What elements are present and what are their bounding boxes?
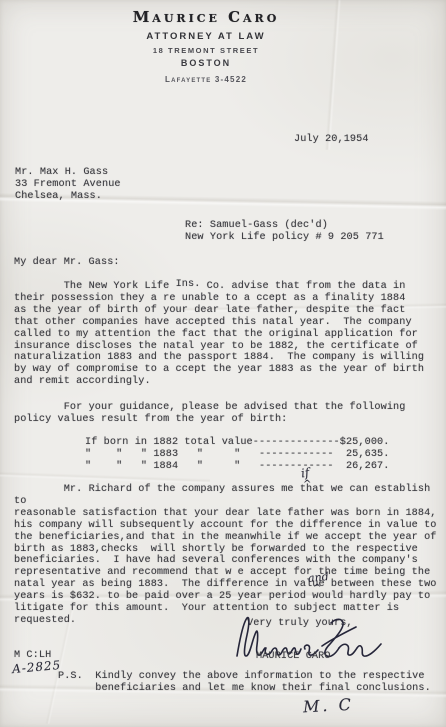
salutation: My dear Mr. Gass: — [14, 257, 120, 269]
letterhead-name: Maurice Caro — [0, 8, 412, 26]
letterhead-street: 18 TREMONT STREET — [0, 46, 412, 55]
letterhead: Maurice Caro ATTORNEY AT LAW 18 TREMONT … — [0, 8, 412, 84]
typed-signature-name: MAURICE CARO — [256, 651, 331, 663]
insertion-caret: ^ — [303, 479, 311, 490]
policy-values-table: If born in 1882 total value-------------… — [85, 437, 389, 473]
letter-page: Maurice Caro ATTORNEY AT LAW 18 TREMONT … — [0, 0, 446, 727]
paragraph-2: For your guidance, please be advised tha… — [14, 402, 442, 426]
postscript: P.S. Kindly convey the above information… — [58, 671, 431, 695]
handwritten-initials: M. C — [303, 695, 355, 717]
paragraph-1-superscript: Ins. — [176, 279, 201, 290]
letterhead-city: BOSTON — [0, 58, 412, 68]
paragraph-1-text: The New York Life — [14, 281, 176, 292]
crease-line — [0, 471, 210, 484]
reference-block: Re: Samuel-Gass (dec'd) New York Life po… — [185, 220, 384, 244]
handwritten-file-number: A-2825 — [11, 658, 61, 676]
letterhead-title: ATTORNEY AT LAW — [0, 31, 412, 42]
insertion-caret: ^ — [313, 583, 321, 594]
paragraph-3: Mr. Richard of the company assures me th… — [14, 484, 444, 627]
letter-date: July 20,1954 — [294, 134, 369, 146]
letterhead-phone: Lafayette 3-4522 — [0, 75, 412, 84]
paragraph-1: The New York Life Ins. Co. advise that f… — [14, 281, 442, 388]
recipient-address: Mr. Max H. Gass 33 Fremont Avenue Chelse… — [15, 167, 121, 203]
paragraph-1-text: Co. advise that from the data in their p… — [14, 281, 424, 387]
